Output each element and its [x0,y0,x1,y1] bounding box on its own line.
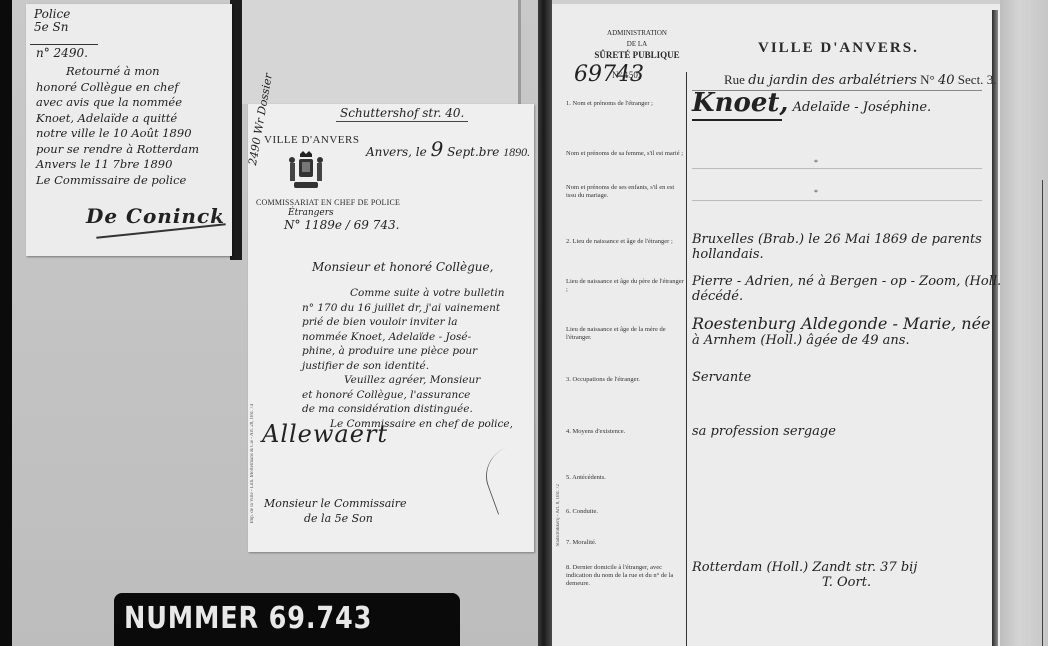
note-number: n° 2490. [36,46,88,60]
binding-gap [538,0,552,646]
field-value-wife: * [814,158,818,167]
letter-body: Comme suite à votre bulletin n° 170 du 1… [316,286,528,431]
field-label-antecedents: 5. Antécédents. [566,474,684,482]
police-letter: Schuttershof str. 40. 2490 Wr Dossier VI… [248,104,534,552]
field-label-mother: Lieu de naissance et âge de la mère de l… [566,326,684,342]
field-value-father: Pierre - Adrien, né à Bergen - op - Zoom… [692,274,1006,304]
field-value-children: * [814,188,818,197]
board-upper-panel [240,0,520,104]
field-label-father: Lieu de naissance et âge du père de l'ét… [566,278,684,294]
police-note: Police 5e Sn n° 2490. Retourné à mon hon… [26,4,232,256]
right-margin [1000,0,1048,646]
archive-number-label: NUMMER 69.743 [114,593,460,646]
form-column-divider [686,72,687,646]
field-label-means: 4. Moyens d'existence. [566,428,684,436]
form-rule [692,168,982,169]
field-label-wife: Nom et prénoms de sa femme, s'il est mar… [566,150,684,158]
name-underline [692,119,782,121]
form-rule [692,200,982,201]
letter-signature: Allewaert [262,420,388,448]
field-value-last-domicile: Rotterdam (Holl.) Zandt str. 37 bij T. O… [692,560,917,590]
foreigner-registration-form: ADMINISTRATION DE LA SÛRETÉ PUBLIQUE 697… [552,4,1000,646]
field-value-name: Knoet, Adelaïde - Joséphine. [692,88,931,118]
letter-reference: N° 1189e / 69 743. [284,218,399,232]
field-value-mother: Roestenburg Aldegonde - Marie, née à Arn… [692,314,991,348]
form-form-number: N° 150. [612,70,640,80]
board-divider [518,0,521,104]
letter-city-heading: VILLE D'ANVERS [264,134,359,146]
letter-address: Schuttershof str. 40. [336,106,468,122]
form-admin-header: ADMINISTRATION DE LA SÛRETÉ PUBLIQUE [582,28,692,61]
form-city-title: VILLE D'ANVERS. [758,40,919,57]
letter-addressee: Monsieur le Commissaire de la 5e Son [264,496,407,526]
field-label-occupation: 3. Occupations de l'étranger. [566,376,684,384]
field-label-last-domicile: 8. Dernier domicile à l'étranger, avec i… [566,564,684,588]
letter-printer-mark: Imp. de la Ville - Lith. Mortelmans & Ci… [250,404,255,523]
field-label-children: Nom et prénoms de ses enfants, s'il en e… [566,184,684,200]
note-header-rule [30,44,98,45]
letter-office-sub: Étrangers [288,208,334,218]
form-printer-mark: Stadsdrukkerij - Art. 8, Ord. 72 [556,484,561,547]
left-dark-edge [0,0,12,646]
field-label-conduct: 6. Conduite. [566,508,684,516]
antwerp-crest-icon [286,150,326,192]
field-value-birthplace: Bruxelles (Brab.) le 26 Mai 1869 de pare… [692,232,982,262]
letter-date: Anvers, le 9 Sept.bre 1890. [366,137,530,161]
note-header: Police 5e Sn [34,8,70,34]
field-label-name: 1. Nom et prénoms de l'étranger ; [566,100,684,108]
field-value-means: sa profession sergage [692,424,836,439]
letter-office: COMMISSARIAT EN CHEF DE POLICE [256,198,400,207]
margin-line [1042,180,1043,646]
letter-greeting: Monsieur et honoré Collègue, [312,260,493,274]
form-street: Rue du jardin des arbalétriers N° 40 Sec… [724,72,996,88]
note-body: Retourné à mon honoré Collègue en chef a… [36,64,226,188]
field-label-morality: 7. Moralité. [566,539,684,547]
form-edge-shadow [992,10,998,646]
field-value-occupation: Servante [692,370,751,385]
field-label-birthplace: 2. Lieu de naissance et âge de l'étrange… [566,238,684,246]
